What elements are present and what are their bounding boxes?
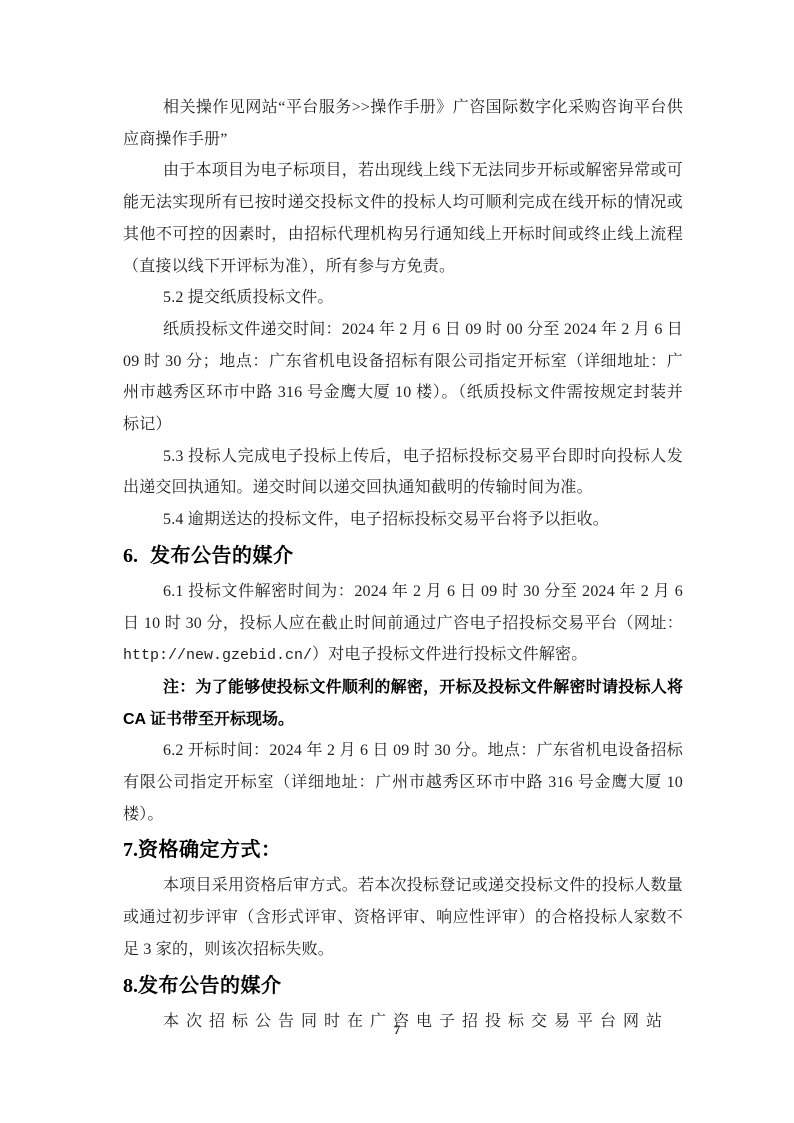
paragraph-5-2: 5.2 提交纸质投标文件。 xyxy=(123,282,683,314)
paragraph-etender-disclaimer: 由于本项目为电子标项目，若出现线上线下无法同步开标或解密异常或可能无法实现所有已… xyxy=(123,155,683,282)
document-content: 相关操作见网站“平台服务>>操作手册》广咨国际数字化采购咨询平台供应商操作手册”… xyxy=(123,92,683,1037)
paragraph-5-3: 5.3 投标人完成电子投标上传后，电子招标投标交易平台即时向投标人发出递交回执通… xyxy=(123,441,683,504)
paragraph-ca-note: 注：为了能够使投标文件顺利的解密，开标及投标文件解密时请投标人将 CA 证书带至… xyxy=(123,672,683,735)
paragraph-6-1-after-url: ）对电子投标文件进行投标文件解密。 xyxy=(312,646,587,663)
paragraph-6-1-before-url: 6.1 投标文件解密时间为：2024 年 2 月 6 日 09 时 30 分至 … xyxy=(123,583,683,632)
heading-6-text: 发布公告的媒介 xyxy=(150,545,294,567)
paragraph-paper-bid-submission: 纸质投标文件递交时间：2024 年 2 月 6 日 09 时 00 分至 202… xyxy=(123,314,683,441)
heading-8-number: 8. xyxy=(123,975,138,997)
heading-7-text: 资格确定方式： xyxy=(138,839,282,861)
heading-7-number: 7. xyxy=(123,839,138,861)
page-number: 7 xyxy=(0,1022,794,1038)
paragraph-6-1: 6.1 投标文件解密时间为：2024 年 2 月 6 日 09 时 30 分至 … xyxy=(123,576,683,672)
heading-8-text: 发布公告的媒介 xyxy=(138,975,282,997)
heading-section-8: 8.发布公告的媒介 xyxy=(123,968,683,1004)
heading-section-7: 7.资格确定方式： xyxy=(123,832,683,868)
document-page: 相关操作见网站“平台服务>>操作手册》广咨国际数字化采购咨询平台供应商操作手册”… xyxy=(0,0,794,1123)
heading-6-number: 6. xyxy=(123,545,138,567)
paragraph-platform-manual: 相关操作见网站“平台服务>>操作手册》广咨国际数字化采购咨询平台供应商操作手册” xyxy=(123,92,683,155)
paragraph-6-2: 6.2 开标时间：2024 年 2 月 6 日 09 时 30 分。地点：广东省… xyxy=(123,735,683,830)
url-text: http://new.gzebid.cn/ xyxy=(123,647,312,664)
paragraph-5-4: 5.4 逾期送达的投标文件，电子招标投标交易平台将予以拒收。 xyxy=(123,504,683,536)
paragraph-qualification: 本项目采用资格后审方式。若本次投标登记或递交投标文件的投标人数量或通过初步评审（… xyxy=(123,870,683,965)
heading-section-6: 6.发布公告的媒介 xyxy=(123,538,683,574)
